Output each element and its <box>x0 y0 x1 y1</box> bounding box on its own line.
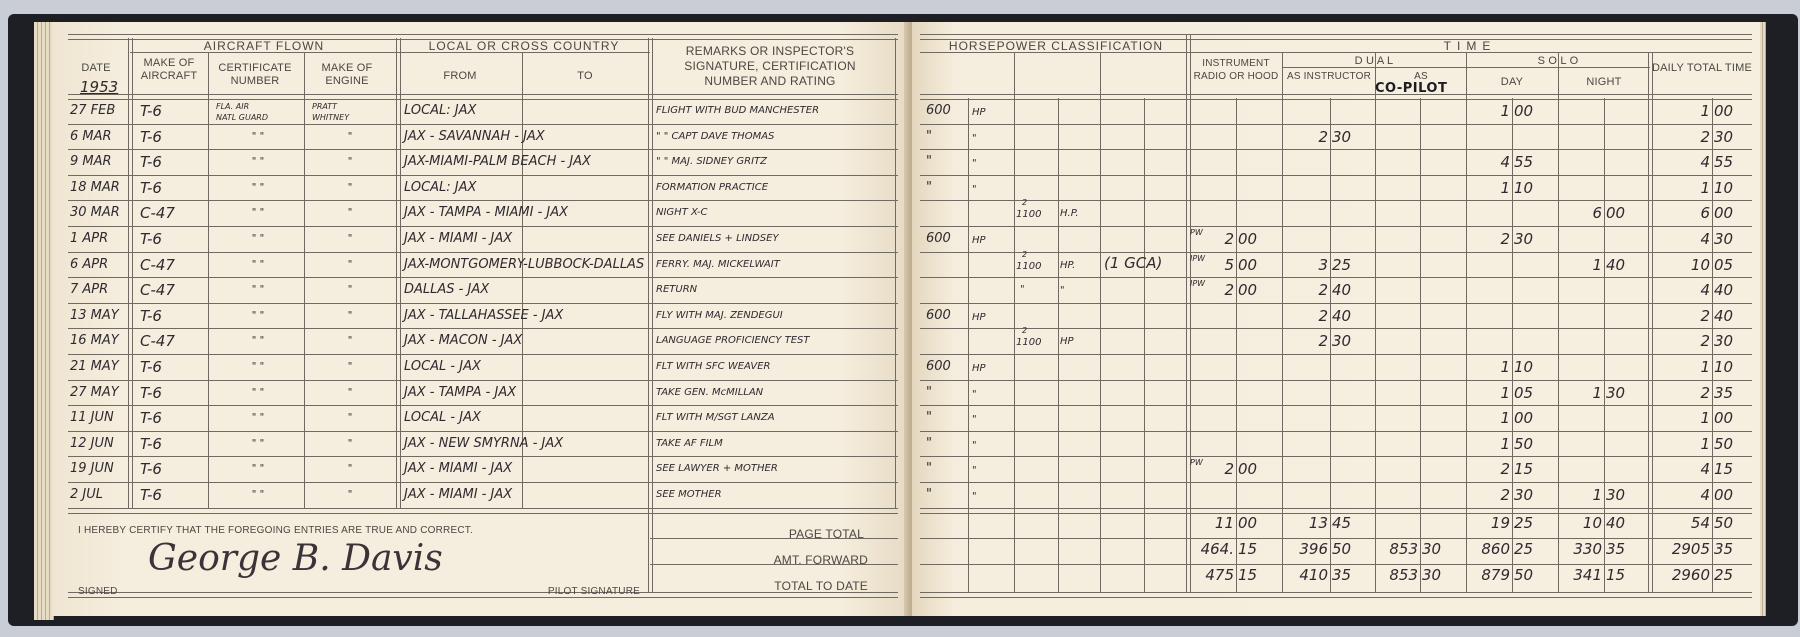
rule-line <box>128 38 133 508</box>
inst-m-cell: 00 <box>1238 460 1278 478</box>
rule-line <box>304 52 305 508</box>
rule-line <box>1100 52 1101 592</box>
total-night-h: 330 <box>1560 540 1602 558</box>
day-m-cell: 50 <box>1514 435 1554 453</box>
rule-line <box>1512 98 1513 592</box>
certificate-cell: " " <box>214 460 302 478</box>
rule-line <box>1420 98 1421 592</box>
route-cell: LOCAL - JAX <box>404 358 481 376</box>
hp-unit: " <box>972 488 977 506</box>
aircraft-cell: T-6 <box>140 230 162 248</box>
certificate-cell: " " <box>214 435 302 453</box>
night-m-cell: 30 <box>1606 486 1646 504</box>
route-cell: JAX - MIAMI - JAX <box>404 486 512 504</box>
route-cell: LOCAL - JAX <box>404 409 481 427</box>
rule-line <box>920 303 1752 304</box>
rule-line <box>920 456 1752 457</box>
total-night-h: 341 <box>1560 566 1602 584</box>
total-instr-m: 50 <box>1332 540 1372 558</box>
engine-cell: WHITNEY <box>312 109 349 127</box>
route-cell: JAX-MIAMI-PALM BEACH - JAX <box>404 153 591 171</box>
tot-h-cell: 6 <box>1650 204 1710 222</box>
certificate-cell: " " <box>214 204 302 222</box>
header-date: DATE <box>70 62 122 75</box>
instr-h-cell: 2 <box>1284 281 1328 299</box>
tot-m-cell: 00 <box>1714 409 1750 427</box>
rule-line <box>1712 98 1713 592</box>
date-cell: 19 JUN <box>70 460 114 478</box>
engine-cell: " <box>306 230 394 248</box>
route-cell: JAX - TAMPA - MIAMI - JAX <box>404 204 568 222</box>
header-daily-total: DAILY TOTAL TIME <box>1652 62 1752 75</box>
total-inst-h: 475 <box>1188 566 1234 584</box>
engine-cell: " <box>306 281 394 299</box>
date-cell: 12 JUN <box>70 435 114 453</box>
certificate-cell: " " <box>214 384 302 402</box>
instr-m-cell: 30 <box>1332 332 1372 350</box>
hp-multi-engine: 1100 <box>1016 206 1041 224</box>
rule-line <box>920 538 1752 539</box>
rule-line <box>1186 34 1191 592</box>
aircraft-cell: C-47 <box>140 256 175 274</box>
hp-unit: HP <box>972 232 986 250</box>
date-cell: 2 JUL <box>70 486 103 504</box>
date-cell: 7 APR <box>70 281 108 299</box>
pilot-signature-label: PILOT SIGNATURE <box>520 585 640 598</box>
total-day-h: 879 <box>1468 566 1510 584</box>
header-to: TO <box>524 70 646 83</box>
header-time: TIME <box>1188 40 1752 53</box>
date-cell: 13 MAY <box>70 307 119 325</box>
engine-cell: " <box>306 179 394 197</box>
aircraft-cell: C-47 <box>140 332 175 350</box>
certificate-cell: " " <box>214 409 302 427</box>
night-m-cell: 30 <box>1606 384 1646 402</box>
tot-m-cell: 00 <box>1714 486 1750 504</box>
rule-line <box>1604 98 1605 592</box>
instr-m-cell: 40 <box>1332 281 1372 299</box>
tot-h-cell: 4 <box>1650 153 1710 171</box>
day-m-cell: 00 <box>1514 409 1554 427</box>
rule-line <box>68 431 898 432</box>
gca-note: (1 GCA) <box>1104 254 1162 272</box>
body-end-rule <box>68 508 898 514</box>
hp-single-engine: " <box>926 384 932 402</box>
total-night-m: 40 <box>1606 514 1646 532</box>
rule-line <box>920 149 1752 150</box>
night-h-cell: 1 <box>1560 256 1602 274</box>
route-cell: JAX - MIAMI - JAX <box>404 460 512 478</box>
rule-line <box>920 431 1752 432</box>
header-year: 1953 <box>80 78 118 96</box>
day-h-cell: 1 <box>1468 358 1510 376</box>
aircraft-cell: T-6 <box>140 102 162 120</box>
date-cell: 11 JUN <box>70 409 114 427</box>
route-cell: JAX - MIAMI - JAX <box>404 230 512 248</box>
engine-cell: " <box>306 128 394 146</box>
rule-line <box>895 38 896 508</box>
aircraft-cell: C-47 <box>140 204 175 222</box>
rule-line <box>1330 98 1331 592</box>
total-day-m: 25 <box>1514 514 1554 532</box>
day-h-cell: 1 <box>1468 435 1510 453</box>
header-aircraft-flown: AIRCRAFT FLOWN <box>130 40 398 53</box>
rule-line <box>68 277 898 278</box>
tot-m-cell: 40 <box>1714 281 1750 299</box>
rule-line <box>68 354 898 355</box>
total-inst-m: 15 <box>1238 540 1278 558</box>
total-night-m: 15 <box>1606 566 1646 584</box>
certificate-cell: " " <box>214 256 302 274</box>
hp-unit: HP <box>972 104 986 122</box>
hp-unit: HP <box>1060 333 1074 351</box>
certificate-cell: " " <box>214 358 302 376</box>
header-remarks: REMARKS OR INSPECTOR'S SIGNATURE, CERTIF… <box>660 44 880 89</box>
rule-line <box>1282 52 1283 592</box>
aircraft-cell: T-6 <box>140 128 162 146</box>
total-cop-m: 30 <box>1422 566 1462 584</box>
remarks-cell: " " MAJ. SIDNEY GRITZ <box>656 153 767 171</box>
page-edges <box>34 22 54 620</box>
route-cell: JAX - SAVANNAH - JAX <box>404 128 545 146</box>
tot-h-cell: 1 <box>1650 435 1710 453</box>
day-h-cell: 4 <box>1468 153 1510 171</box>
inst-h-cell: 2 <box>1192 281 1234 299</box>
instr-h-cell: 2 <box>1284 307 1328 325</box>
engine-cell: " <box>306 486 394 504</box>
tot-m-cell: 35 <box>1714 384 1750 402</box>
rule-line <box>68 482 898 483</box>
engine-cell: " <box>306 409 394 427</box>
aircraft-cell: T-6 <box>140 179 162 197</box>
total-instr-m: 45 <box>1332 514 1372 532</box>
hp-unit: " <box>972 462 977 480</box>
tot-h-cell: 2 <box>1650 307 1710 325</box>
engine-cell: " <box>306 358 394 376</box>
remarks-cell: FLY WITH MAJ. ZENDEGUI <box>656 307 783 325</box>
tot-m-cell: 00 <box>1714 204 1750 222</box>
hp-unit: HP <box>972 360 986 378</box>
day-m-cell: 10 <box>1514 179 1554 197</box>
total-instr-m: 35 <box>1332 566 1372 584</box>
rule-line <box>920 354 1752 355</box>
inst-m-cell: 00 <box>1238 256 1278 274</box>
certificate-cell: " " <box>214 179 302 197</box>
route-cell: LOCAL: JAX <box>404 179 476 197</box>
total-tot-m: 35 <box>1714 540 1750 558</box>
hp-single-engine: 600 <box>926 102 951 120</box>
hp-unit: H.P. <box>1060 205 1079 223</box>
certificate-cell: " " <box>214 281 302 299</box>
total-inst-h: 464. <box>1188 540 1234 558</box>
engine-cell: " <box>306 153 394 171</box>
hp-unit: " <box>972 437 977 455</box>
hp-single-engine: " <box>926 409 932 427</box>
day-m-cell: 15 <box>1514 460 1554 478</box>
remarks-cell: TAKE AF FILM <box>656 435 723 453</box>
aircraft-cell: T-6 <box>140 307 162 325</box>
day-m-cell: 55 <box>1514 153 1554 171</box>
rule-line <box>920 592 1752 598</box>
tot-m-cell: 55 <box>1714 153 1750 171</box>
day-m-cell: 30 <box>1514 230 1554 248</box>
total-tot-h: 2960 <box>1650 566 1710 584</box>
header-make-of-aircraft: MAKE OF AIRCRAFT <box>134 57 204 83</box>
route-cell: JAX - TALLAHASSEE - JAX <box>404 307 563 325</box>
hp-unit: " <box>972 181 977 199</box>
header-instrument: INSTRUMENT RADIO OR HOOD <box>1190 57 1282 83</box>
rule-line <box>920 482 1752 483</box>
certificate-cell: " " <box>214 153 302 171</box>
tot-m-cell: 10 <box>1714 358 1750 376</box>
rule-line <box>68 149 898 150</box>
rule-line <box>920 380 1752 381</box>
remarks-cell: " " CAPT DAVE THOMAS <box>656 128 774 146</box>
tot-m-cell: 10 <box>1714 179 1750 197</box>
engine-cell: " <box>306 256 394 274</box>
date-cell: 16 MAY <box>70 332 119 350</box>
rule-line <box>68 200 898 201</box>
tot-m-cell: 15 <box>1714 460 1750 478</box>
aircraft-cell: T-6 <box>140 486 162 504</box>
day-h-cell: 2 <box>1468 460 1510 478</box>
night-m-cell: 40 <box>1606 256 1646 274</box>
rule-line <box>68 252 898 253</box>
inst-h-cell: 5 <box>1192 256 1234 274</box>
tot-m-cell: 30 <box>1714 332 1750 350</box>
total-day-h: 19 <box>1468 514 1510 532</box>
amt-forward-label: AMT. FORWARD <box>740 554 868 567</box>
date-cell: 30 MAR <box>70 204 120 222</box>
total-day-h: 860 <box>1468 540 1510 558</box>
hp-single-engine: " <box>926 128 932 146</box>
total-inst-m: 15 <box>1238 566 1278 584</box>
rule-line <box>648 38 653 592</box>
header-certificate-number: CERTIFICATE NUMBER <box>214 62 296 88</box>
rule-line <box>68 175 898 176</box>
tot-m-cell: 05 <box>1714 256 1750 274</box>
day-h-cell: 2 <box>1468 230 1510 248</box>
certificate-cell: " " <box>214 230 302 248</box>
rule-line <box>920 564 1752 565</box>
hp-unit: " <box>972 386 977 404</box>
rule-line <box>920 277 1752 278</box>
aircraft-cell: T-6 <box>140 153 162 171</box>
total-cop-h: 853 <box>1376 540 1418 558</box>
rule-line <box>920 226 1752 227</box>
day-h-cell: 1 <box>1468 102 1510 120</box>
tot-h-cell: 2 <box>1650 128 1710 146</box>
rule-line <box>1058 98 1059 592</box>
hp-unit: " <box>1060 282 1065 300</box>
remarks-cell: SEE DANIELS + LINDSEY <box>656 230 779 248</box>
rule-line <box>920 124 1752 125</box>
inst-m-cell: 00 <box>1238 230 1278 248</box>
total-to-date-label: TOTAL TO DATE <box>740 580 868 593</box>
remarks-cell: SEE LAWYER + MOTHER <box>656 460 778 478</box>
header-double-rule <box>68 94 898 100</box>
engine-cell: " <box>306 435 394 453</box>
route-cell: JAX - TAMPA - JAX <box>404 384 516 402</box>
header-night: NIGHT <box>1558 76 1650 89</box>
rule-line <box>68 303 898 304</box>
rule-line <box>1558 52 1559 592</box>
route-cell: JAX - NEW SMYRNA - JAX <box>404 435 563 453</box>
date-cell: 21 MAY <box>70 358 119 376</box>
tot-h-cell: 1 <box>1650 409 1710 427</box>
total-night-m: 35 <box>1606 540 1646 558</box>
rule-line <box>68 456 898 457</box>
total-tot-h: 54 <box>1650 514 1710 532</box>
tot-m-cell: 40 <box>1714 307 1750 325</box>
night-h-cell: 1 <box>1560 384 1602 402</box>
tot-h-cell: 4 <box>1650 460 1710 478</box>
tot-h-cell: 1 <box>1650 102 1710 120</box>
remarks-cell: FLT WITH SFC WEAVER <box>656 358 771 376</box>
total-inst-h: 11 <box>1188 514 1234 532</box>
rule-line <box>1466 52 1467 592</box>
instr-h-cell: 2 <box>1284 332 1328 350</box>
engine-cell: " <box>306 460 394 478</box>
remarks-cell: RETURN <box>656 281 697 299</box>
header-as-instructor: AS INSTRUCTOR <box>1284 70 1374 83</box>
signed-label: SIGNED <box>78 585 138 598</box>
engine-cell: " <box>306 307 394 325</box>
total-night-h: 10 <box>1560 514 1602 532</box>
header-double-rule-right <box>920 94 1752 100</box>
total-day-m: 25 <box>1514 540 1554 558</box>
certificate-cell: " " <box>214 307 302 325</box>
inst-h-cell: 2 <box>1192 460 1234 478</box>
rule-line <box>920 175 1752 176</box>
hp-unit: HP. <box>1060 257 1075 275</box>
certificate-cell: " " <box>214 486 302 504</box>
instr-m-cell: 40 <box>1332 307 1372 325</box>
remarks-cell: FLT WITH M/SGT LANZA <box>656 409 775 427</box>
day-h-cell: 2 <box>1468 486 1510 504</box>
date-cell: 6 MAR <box>70 128 112 146</box>
header-horsepower: HORSEPOWER CLASSIFICATION <box>924 40 1188 53</box>
rule-line <box>968 98 969 592</box>
rule-line <box>920 200 1752 201</box>
tot-h-cell: 2 <box>1650 332 1710 350</box>
hp-single-engine: " <box>926 179 932 197</box>
hp-single-engine: 600 <box>926 307 951 325</box>
total-instr-h: 410 <box>1284 566 1328 584</box>
rule-line <box>68 380 898 381</box>
certification-statement: I HEREBY CERTIFY THAT THE FOREGOING ENTR… <box>78 524 518 537</box>
aircraft-cell: T-6 <box>140 409 162 427</box>
hp-single-engine: " <box>926 486 932 504</box>
day-m-cell: 05 <box>1514 384 1554 402</box>
tot-h-cell: 1 <box>1650 179 1710 197</box>
total-tot-m: 25 <box>1714 566 1750 584</box>
hp-multi-engine: " <box>1020 281 1025 299</box>
rule-line <box>1375 52 1376 592</box>
tot-m-cell: 00 <box>1714 102 1750 120</box>
tot-m-cell: 50 <box>1714 435 1750 453</box>
hp-unit: " <box>972 155 977 173</box>
tot-h-cell: 1 <box>1650 358 1710 376</box>
day-h-cell: 1 <box>1468 409 1510 427</box>
instr-h-cell: 3 <box>1284 256 1328 274</box>
rule-line <box>68 328 898 329</box>
total-inst-m: 00 <box>1238 514 1278 532</box>
hp-single-engine: " <box>926 153 932 171</box>
night-h-cell: 1 <box>1560 486 1602 504</box>
aircraft-cell: T-6 <box>140 358 162 376</box>
date-cell: 27 FEB <box>70 102 115 120</box>
remarks-cell: SEE MOTHER <box>656 486 722 504</box>
remarks-cell: FERRY. MAJ. MICKELWAIT <box>656 256 780 274</box>
header-day: DAY <box>1466 76 1558 89</box>
route-cell: DALLAS - JAX <box>404 281 489 299</box>
hp-single-engine: 600 <box>926 230 951 248</box>
header-solo: S O L O <box>1466 55 1650 68</box>
day-m-cell: 10 <box>1514 358 1554 376</box>
hp-multi-engine: 1100 <box>1016 258 1041 276</box>
hp-unit: " <box>972 411 977 429</box>
engine-cell: " <box>306 204 394 222</box>
header-local-or-cross-country: LOCAL OR CROSS COUNTRY <box>398 40 650 53</box>
tot-m-cell: 30 <box>1714 128 1750 146</box>
rule-line <box>920 252 1752 253</box>
rule-line <box>1144 98 1145 592</box>
aircraft-cell: T-6 <box>140 384 162 402</box>
rule-line <box>68 124 898 125</box>
certificate-cell: " " <box>214 128 302 146</box>
date-cell: 18 MAR <box>70 179 120 197</box>
tot-h-cell: 4 <box>1650 486 1710 504</box>
date-cell: 6 APR <box>70 256 108 274</box>
total-cop-h: 853 <box>1376 566 1418 584</box>
total-instr-h: 396 <box>1284 540 1328 558</box>
day-h-cell: 1 <box>1468 179 1510 197</box>
aircraft-cell: T-6 <box>140 435 162 453</box>
date-cell: 27 MAY <box>70 384 119 402</box>
day-m-cell: 30 <box>1514 486 1554 504</box>
header-from: FROM <box>400 70 520 83</box>
day-h-cell: 1 <box>1468 384 1510 402</box>
remarks-cell: TAKE GEN. McMILLAN <box>656 384 763 402</box>
page-total-label: PAGE TOTAL <box>740 528 864 541</box>
rule-line <box>1014 52 1015 592</box>
tot-h-cell: 4 <box>1650 281 1710 299</box>
rule-line <box>208 52 209 508</box>
route-cell: JAX-MONTGOMERY-LUBBOCK-DALLAS <box>404 256 644 274</box>
rule-line <box>920 405 1752 406</box>
rule-line <box>396 38 401 508</box>
route-cell: JAX - MACON - JAX <box>404 332 522 350</box>
rule-line <box>68 226 898 227</box>
tot-h-cell: 2 <box>1650 384 1710 402</box>
instr-h-cell: 2 <box>1284 128 1328 146</box>
header-make-of-engine: MAKE OF ENGINE <box>306 62 388 88</box>
remarks-cell: FLIGHT WITH BUD MANCHESTER <box>656 102 819 120</box>
remarks-cell: LANGUAGE PROFICIENCY TEST <box>656 332 809 350</box>
hp-unit: " <box>972 130 977 148</box>
inst-m-cell: 00 <box>1238 281 1278 299</box>
total-instr-h: 13 <box>1284 514 1328 532</box>
tot-m-cell: 30 <box>1714 230 1750 248</box>
rule-line <box>920 328 1752 329</box>
total-tot-m: 50 <box>1714 514 1750 532</box>
total-tot-h: 2905 <box>1650 540 1710 558</box>
instr-m-cell: 30 <box>1332 128 1372 146</box>
certificate-cell: NATL GUARD <box>216 109 268 127</box>
hp-multi-engine: 1100 <box>1016 334 1041 352</box>
hp-single-engine: " <box>926 460 932 478</box>
